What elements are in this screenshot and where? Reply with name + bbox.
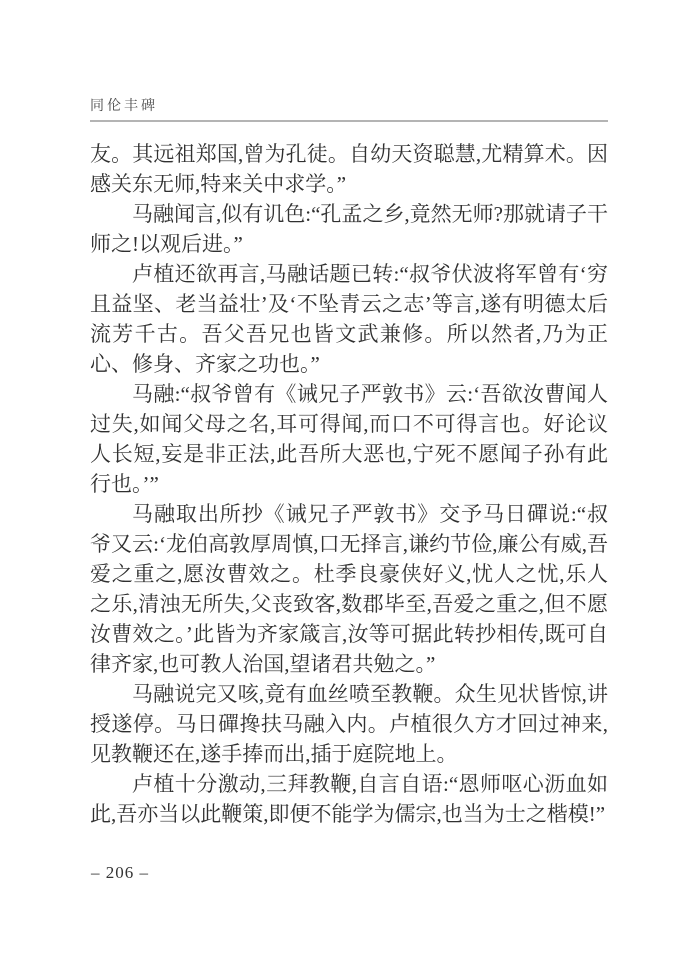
paragraph-continuation: 友。其远祖郑国,曾为孔徒。自幼天资聪慧,尤精算术。因感关东无师,特来关中求学。” bbox=[90, 139, 608, 199]
running-header: 同伦丰碑 bbox=[90, 97, 608, 122]
paragraph: 卢植还欲再言,马融话题已转:“叔爷伏波将军曾有‘穷且益坚、老当益壮’及‘不坠青云… bbox=[90, 259, 608, 379]
paragraph: 马融闻言,似有讥色:“孔孟之乡,竟然无师?那就请子干师之!以观后进。” bbox=[90, 199, 608, 259]
paragraph: 马融说完又咳,竟有血丝喷至教鞭。众生见状皆惊,讲授遂停。马日磾搀扶马融入内。卢植… bbox=[90, 679, 608, 769]
running-header-title: 同伦丰碑 bbox=[90, 99, 158, 115]
header-rule bbox=[90, 120, 608, 122]
book-page: 同伦丰碑 友。其远祖郑国,曾为孔徒。自幼天资聪慧,尤精算术。因感关东无师,特来关… bbox=[0, 0, 692, 968]
paragraph: 马融取出所抄《诫兄子严敦书》交予马日磾说:“叔爷又云:‘龙伯高敦厚周慎,口无择言… bbox=[90, 499, 608, 679]
paragraph: 卢植十分激动,三拜教鞭,自言自语:“恩师呕心沥血如此,吾亦当以此鞭策,即便不能学… bbox=[90, 769, 608, 829]
page-number: – 206 – bbox=[91, 863, 149, 883]
body-text: 友。其远祖郑国,曾为孔徒。自幼天资聪慧,尤精算术。因感关东无师,特来关中求学。”… bbox=[90, 139, 608, 829]
paragraph: 马融:“叔爷曾有《诫兄子严敦书》云:‘吾欲汝曹闻人过失,如闻父母之名,耳可得闻,… bbox=[90, 379, 608, 499]
